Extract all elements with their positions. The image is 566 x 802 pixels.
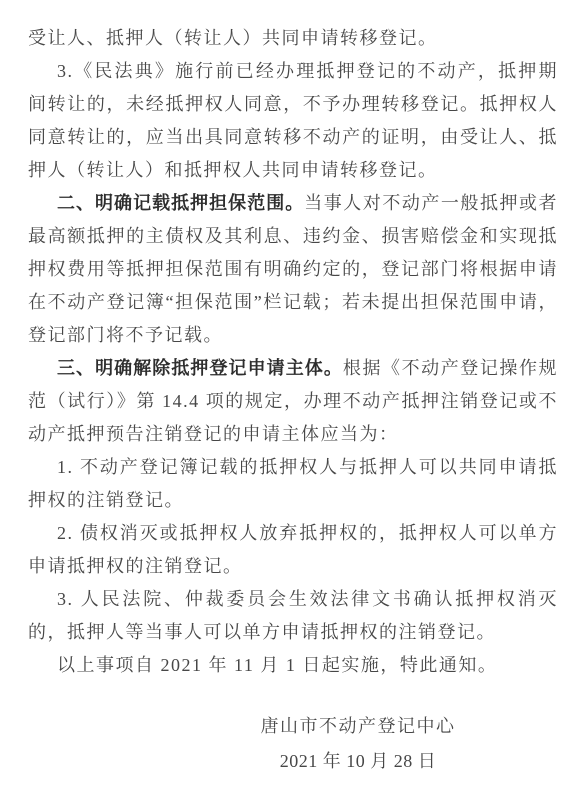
document-page: 受让人、抵押人（转让人）共同申请转移登记。3.《民法典》施行前已经办理抵押登记的… [0,0,566,802]
paragraph-text: 2. 债权消灭或抵押权人放弃抵押权的，抵押权人可以单方申请抵押权的注销登记。 [28,523,558,576]
para-item-1-joint-cancellation: 1. 不动产登记簿记载的抵押权人与抵押人可以共同申请抵押权的注销登记。 [28,451,558,517]
para-transfer-joint-application-continued: 受让人、抵押人（转让人）共同申请转移登记。 [28,22,558,55]
para-section-3-release-applicant: 三、明确解除抵押登记申请主体。根据《不动产登记操作规范（试行）》第 14.4 项… [28,352,558,451]
para-item-3-civil-code: 3.《民法典》施行前已经办理抵押登记的不动产，抵押期间转让的，未经抵押权人同意，… [28,55,558,187]
paragraph-text: 以上事项自 2021 年 11 月 1 日起实施，特此通知。 [57,655,497,675]
section-heading: 三、明确解除抵押登记申请主体。 [57,358,343,378]
paragraph-text: 受让人、抵押人（转让人）共同申请转移登记。 [28,28,438,48]
paragraph-text: 3.《民法典》施行前已经办理抵押登记的不动产，抵押期间转让的，未经抵押权人同意，… [28,61,558,180]
para-section-2-guarantee-scope: 二、明确记载抵押担保范围。当事人对不动产一般抵押或者最高额抵押的主债权及其利息、… [28,187,558,352]
paragraph-text: 当事人对不动产一般抵押或者最高额抵押的主债权及其利息、违约金、损害赔偿金和实现抵… [28,193,558,345]
para-item-2-unilateral-mortgagee: 2. 债权消灭或抵押权人放弃抵押权的，抵押权人可以单方申请抵押权的注销登记。 [28,517,558,583]
signature-organization: 唐山市不动产登记中心 [224,709,492,744]
signature-block: 唐山市不动产登记中心 2021 年 10 月 28 日 [224,709,492,779]
para-effective-date-notice: 以上事项自 2021 年 11 月 1 日起实施，特此通知。 [28,649,558,682]
signature-date: 2021 年 10 月 28 日 [224,744,492,779]
document-body: 受让人、抵押人（转让人）共同申请转移登记。3.《民法典》施行前已经办理抵押登记的… [28,22,558,682]
section-heading: 二、明确记载抵押担保范围。 [57,193,304,213]
paragraph-text: 3. 人民法院、仲裁委员会生效法律文书确认抵押权消灭的，抵押人等当事人可以单方申… [28,589,558,642]
para-item-3-court-confirmation: 3. 人民法院、仲裁委员会生效法律文书确认抵押权消灭的，抵押人等当事人可以单方申… [28,583,558,649]
paragraph-text: 1. 不动产登记簿记载的抵押权人与抵押人可以共同申请抵押权的注销登记。 [28,457,558,510]
